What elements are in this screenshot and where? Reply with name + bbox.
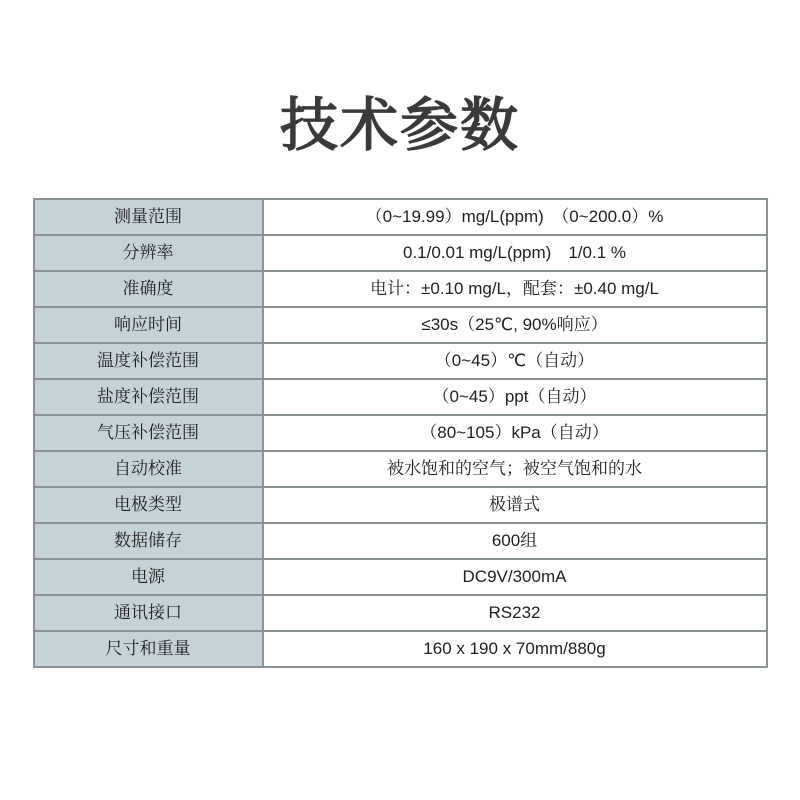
spec-label: 准确度	[34, 271, 263, 307]
spec-label: 测量范围	[34, 199, 263, 235]
table-row: 气压补偿范围 （80~105）kPa（自动）	[34, 415, 767, 451]
spec-value: 极谱式	[263, 487, 767, 523]
spec-label: 数据储存	[34, 523, 263, 559]
spec-value: （0~45）℃（自动）	[263, 343, 767, 379]
spec-table-body: 测量范围 （0~19.99）mg/L(ppm) （0~200.0）% 分辨率 0…	[34, 199, 767, 667]
spec-label: 盐度补偿范围	[34, 379, 263, 415]
spec-label: 通讯接口	[34, 595, 263, 631]
spec-table: 测量范围 （0~19.99）mg/L(ppm) （0~200.0）% 分辨率 0…	[33, 198, 768, 668]
table-row: 通讯接口 RS232	[34, 595, 767, 631]
spec-label: 自动校准	[34, 451, 263, 487]
spec-label: 分辨率	[34, 235, 263, 271]
spec-value: RS232	[263, 595, 767, 631]
spec-value: 被水饱和的空气；被空气饱和的水	[263, 451, 767, 487]
spec-value: 600组	[263, 523, 767, 559]
table-row: 响应时间 ≤30s（25℃, 90%响应）	[34, 307, 767, 343]
page-title: 技术参数	[0, 0, 800, 160]
table-row: 数据储存 600组	[34, 523, 767, 559]
table-row: 盐度补偿范围 （0~45）ppt（自动）	[34, 379, 767, 415]
table-row: 测量范围 （0~19.99）mg/L(ppm) （0~200.0）%	[34, 199, 767, 235]
spec-value: （0~19.99）mg/L(ppm) （0~200.0）%	[263, 199, 767, 235]
table-row: 电极类型 极谱式	[34, 487, 767, 523]
table-row: 温度补偿范围 （0~45）℃（自动）	[34, 343, 767, 379]
spec-value: 160 x 190 x 70mm/880g	[263, 631, 767, 667]
table-row: 准确度 电计：±0.10 mg/L，配套：±0.40 mg/L	[34, 271, 767, 307]
spec-value: ≤30s（25℃, 90%响应）	[263, 307, 767, 343]
spec-value: 0.1/0.01 mg/L(ppm) 1/0.1 %	[263, 235, 767, 271]
spec-value: 电计：±0.10 mg/L，配套：±0.40 mg/L	[263, 271, 767, 307]
spec-label: 电源	[34, 559, 263, 595]
spec-label: 尺寸和重量	[34, 631, 263, 667]
table-row: 电源 DC9V/300mA	[34, 559, 767, 595]
table-row: 自动校准 被水饱和的空气；被空气饱和的水	[34, 451, 767, 487]
spec-value: DC9V/300mA	[263, 559, 767, 595]
spec-label: 气压补偿范围	[34, 415, 263, 451]
spec-sheet-page: 技术参数 测量范围 （0~19.99）mg/L(ppm) （0~200.0）% …	[0, 0, 800, 800]
spec-label: 温度补偿范围	[34, 343, 263, 379]
spec-value: （80~105）kPa（自动）	[263, 415, 767, 451]
spec-label: 响应时间	[34, 307, 263, 343]
table-row: 尺寸和重量 160 x 190 x 70mm/880g	[34, 631, 767, 667]
spec-value: （0~45）ppt（自动）	[263, 379, 767, 415]
table-row: 分辨率 0.1/0.01 mg/L(ppm) 1/0.1 %	[34, 235, 767, 271]
spec-label: 电极类型	[34, 487, 263, 523]
